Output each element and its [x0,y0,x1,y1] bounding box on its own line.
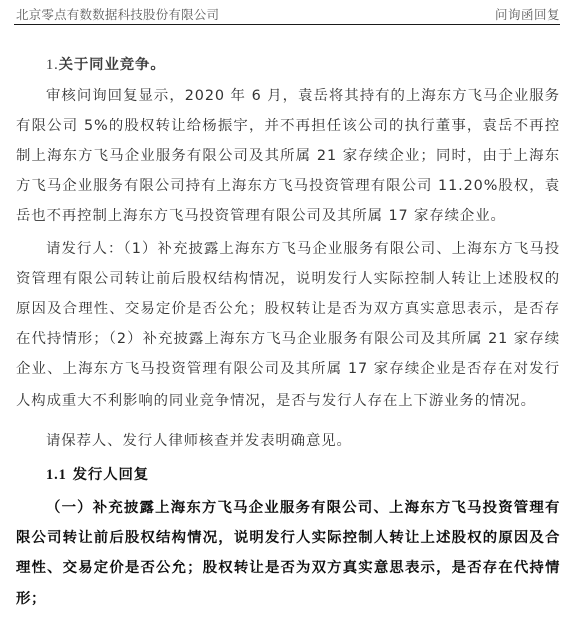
reply-heading-title: 发行人回复 [73,467,149,483]
paragraph-line: 岳也不再控制上海东方飞马投资管理有限公司及其所属 17 家存续企业。 [16,206,560,226]
reply-heading-number: 1.1 [46,467,67,483]
paragraph-line: （一）补充披露上海东方飞马企业服务有限公司、上海东方飞马投资管理有 [46,498,560,518]
paragraph-line: 制上海东方飞马企业服务有限公司及其所属 21 家存续企业；同时，由于上海东 [16,146,560,166]
paragraph-line: 形； [16,589,560,609]
question-paragraph-3: 请保荐人、发行人律师核查并发表明确意见。 [46,431,560,451]
paragraph-line: 在代持情形；（2）补充披露上海东方飞马企业服务有限公司及其所属 21 家存续 [16,329,560,349]
paragraph-line: 审核问询回复显示，2020 年 6 月，袁岳将其持有的上海东方飞马企业服务 [46,86,560,106]
paragraph-line: 有限公司 5%的股权转让给杨振宇，并不再担任该公司的执行董事，袁岳不再控 [16,116,560,136]
section-heading: 1.关于同业竞争。 [46,55,560,75]
paragraph-line: 请发行人：（1）补充披露上海东方飞马企业服务有限公司、上海东方飞马投 [46,239,560,259]
page-header: 北京零点有数数据科技股份有限公司 问询函回复 [14,4,560,25]
reply-heading: 1.1 发行人回复 [46,465,560,485]
paragraph-line: 方飞马企业服务有限公司持有上海东方飞马投资管理有限公司 11.20%股权，袁 [16,176,560,196]
document-type: 问询函回复 [495,5,560,23]
paragraph-line: 原因及合理性、交易定价是否公允；股权转让是否为双方真实意思表示，是否存 [16,299,560,319]
section-title: 关于同业竞争。 [59,57,166,73]
paragraph-line: 企业、上海东方飞马投资管理有限公司及其所属 17 家存续企业是否存在对发行 [16,359,560,379]
paragraph-line: 限公司转让前后股权结构情况，说明发行人实际控制人转让上述股权的原因及合 [16,528,560,548]
paragraph-line: 理性、交易定价是否公允；股权转让是否为双方真实意思表示，是否存在代持情 [16,558,560,578]
section-number: 1. [46,57,59,73]
company-name: 北京零点有数数据科技股份有限公司 [16,5,219,23]
paragraph-line: 资管理有限公司转让前后股权结构情况，说明发行人实际控制人转让上述股权的 [16,269,560,289]
paragraph-line: 人构成重大不利影响的同业竞争情况，是否与发行人存在上下游业务的情况。 [16,391,560,411]
